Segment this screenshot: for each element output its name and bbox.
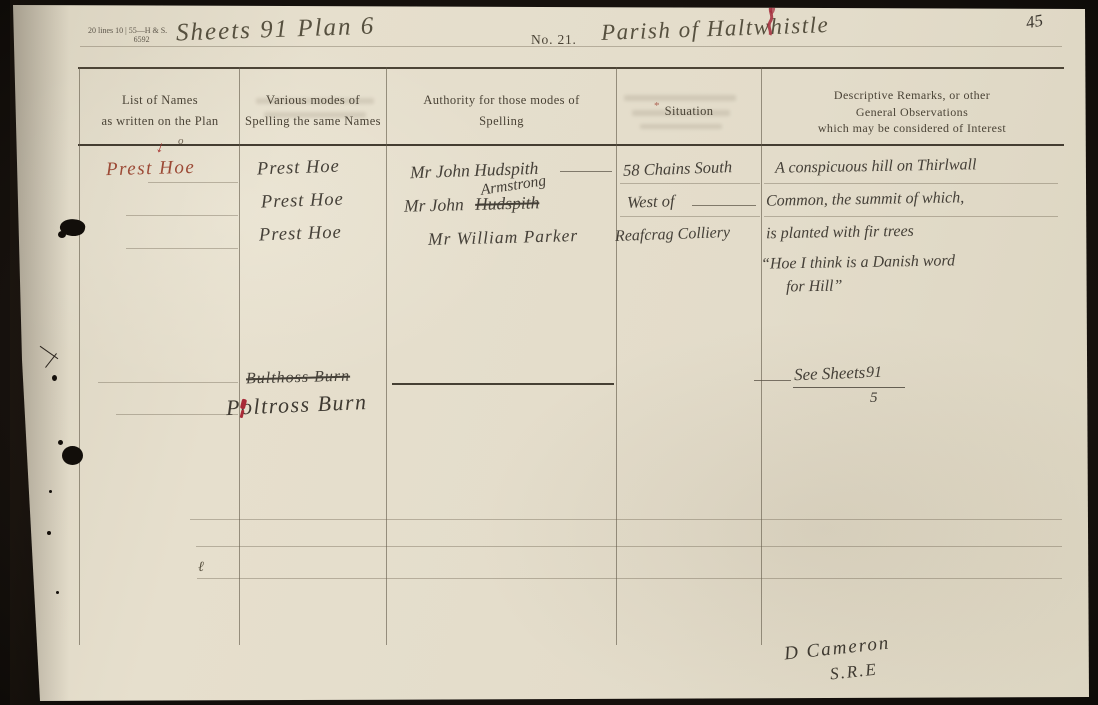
table-vline-4 xyxy=(761,67,762,645)
sheet-plan-script: Sheets 91 Plan 6 xyxy=(176,13,376,48)
red-arrow-mark: ↓ xyxy=(153,138,166,158)
column-header-line: Authority for those modes of xyxy=(387,90,616,111)
signature-initials: S.R.E xyxy=(829,660,879,685)
baseline-rule xyxy=(126,215,238,216)
baseline-rule xyxy=(148,182,238,183)
column-header-line: Spelling xyxy=(387,111,616,132)
plan-number: 5 xyxy=(870,390,878,407)
ink-speck xyxy=(52,375,57,381)
scanned-document: 20 lines 10 | 55—H & S. 6592 Sheets 91 P… xyxy=(0,0,1098,705)
ink-blot xyxy=(62,446,83,465)
sheet-number: 91 xyxy=(866,364,882,382)
remarks-line-5: for Hill” xyxy=(786,278,843,297)
spelling-entry-3: Prest Hoe xyxy=(259,223,342,247)
baseline-rule xyxy=(764,183,1058,184)
column-header-line: Various modes of xyxy=(240,90,386,111)
ink-dash xyxy=(560,171,612,172)
column-header-spellings: Various modes of Spelling the same Names xyxy=(240,90,386,132)
pen-scratch xyxy=(45,353,57,368)
table-vline-1 xyxy=(239,67,240,645)
column-header-line: Situation xyxy=(617,101,761,122)
baseline-rule xyxy=(126,248,238,249)
remarks-line-3: is planted with fir trees xyxy=(766,223,914,244)
situation-entry-1: 58 Chains South xyxy=(623,157,733,181)
ink-dash xyxy=(692,205,756,206)
parish-script: Parish of Haltwhistle xyxy=(601,12,830,46)
corrected-name-entry: Poltross Burn xyxy=(226,389,369,421)
red-ink-mark xyxy=(762,4,780,36)
table-vline-2 xyxy=(386,67,387,645)
ink-speck xyxy=(56,591,59,594)
authority-entry-3: Mr William Parker xyxy=(428,225,579,250)
baseline-rule xyxy=(764,216,1058,217)
authority2-prefix: Mr John xyxy=(404,194,464,216)
column-header-line: List of Names xyxy=(80,90,240,111)
remarks-line-4: “Hoe I think is a Danish word xyxy=(761,252,955,273)
page-number: 45 xyxy=(1024,11,1044,34)
printer-imprint: 20 lines 10 | 55—H & S. 6592 xyxy=(88,26,167,44)
plan-name-entry: Prest Hoe xyxy=(106,157,196,181)
column-header-remarks: Descriptive Remarks, or other General Ob… xyxy=(762,87,1062,137)
table-top-rule xyxy=(78,67,1064,69)
remarks-line-2: Common, the summit of which, xyxy=(766,189,965,210)
baseline-rule xyxy=(620,216,760,217)
ink-dash xyxy=(754,380,791,381)
spelling-entry-1: Prest Hoe xyxy=(257,157,340,181)
column-header-line: Descriptive Remarks, or other xyxy=(762,87,1062,104)
ink-speck xyxy=(47,531,51,535)
empty-row-rule xyxy=(190,519,1062,520)
imprint-line1: 20 lines 10 | 55—H & S. xyxy=(88,26,167,35)
remarks-line-1: A conspicuous hill on Thirlwall xyxy=(775,156,977,178)
column-header-situation: Situation xyxy=(617,101,761,122)
column-header-line: as written on the Plan xyxy=(80,111,240,132)
baseline-rule xyxy=(116,414,238,415)
header-baseline-rule xyxy=(80,46,1062,47)
authority-entry-2: Mr John Hudspith Armstrong xyxy=(404,192,540,217)
ink-blot xyxy=(58,231,66,238)
ink-rule-authority xyxy=(392,383,614,385)
paper-page: 20 lines 10 | 55—H & S. 6592 Sheets 91 P… xyxy=(0,0,1098,705)
column-header-line: General Observations xyxy=(762,104,1062,121)
baseline-rule xyxy=(98,382,238,383)
ink-speck xyxy=(58,440,63,445)
column-header-names: List of Names as written on the Plan xyxy=(80,90,240,132)
situation-entry-3: Reafcrag Colliery xyxy=(615,224,731,246)
see-sheets-ref: See Sheets xyxy=(794,363,866,385)
ink-speck xyxy=(49,490,52,493)
annotation-o-mark: o xyxy=(178,135,184,147)
margin-pen-mark: ℓ xyxy=(198,560,204,576)
fraction-bar xyxy=(793,387,905,388)
column-header-line: Spelling the same Names xyxy=(240,111,386,132)
empty-row-rule xyxy=(196,546,1062,547)
table-vline-left xyxy=(79,67,80,645)
struck-name-entry: Bulthoss Burn xyxy=(246,368,351,389)
situation-entry-2: West of xyxy=(627,191,675,213)
empty-row-rule xyxy=(197,578,1062,579)
bleedthrough-smudge xyxy=(640,124,722,129)
column-header-authority: Authority for those modes of Spelling xyxy=(387,90,616,132)
baseline-rule xyxy=(620,183,760,184)
table-vline-3 xyxy=(616,67,617,645)
imprint-line2: 6592 xyxy=(88,35,167,44)
spelling-entry-2: Prest Hoe xyxy=(261,190,344,214)
table-header-bottom-rule xyxy=(78,144,1064,146)
column-header-line: which may be considered of Interest xyxy=(762,120,1062,137)
